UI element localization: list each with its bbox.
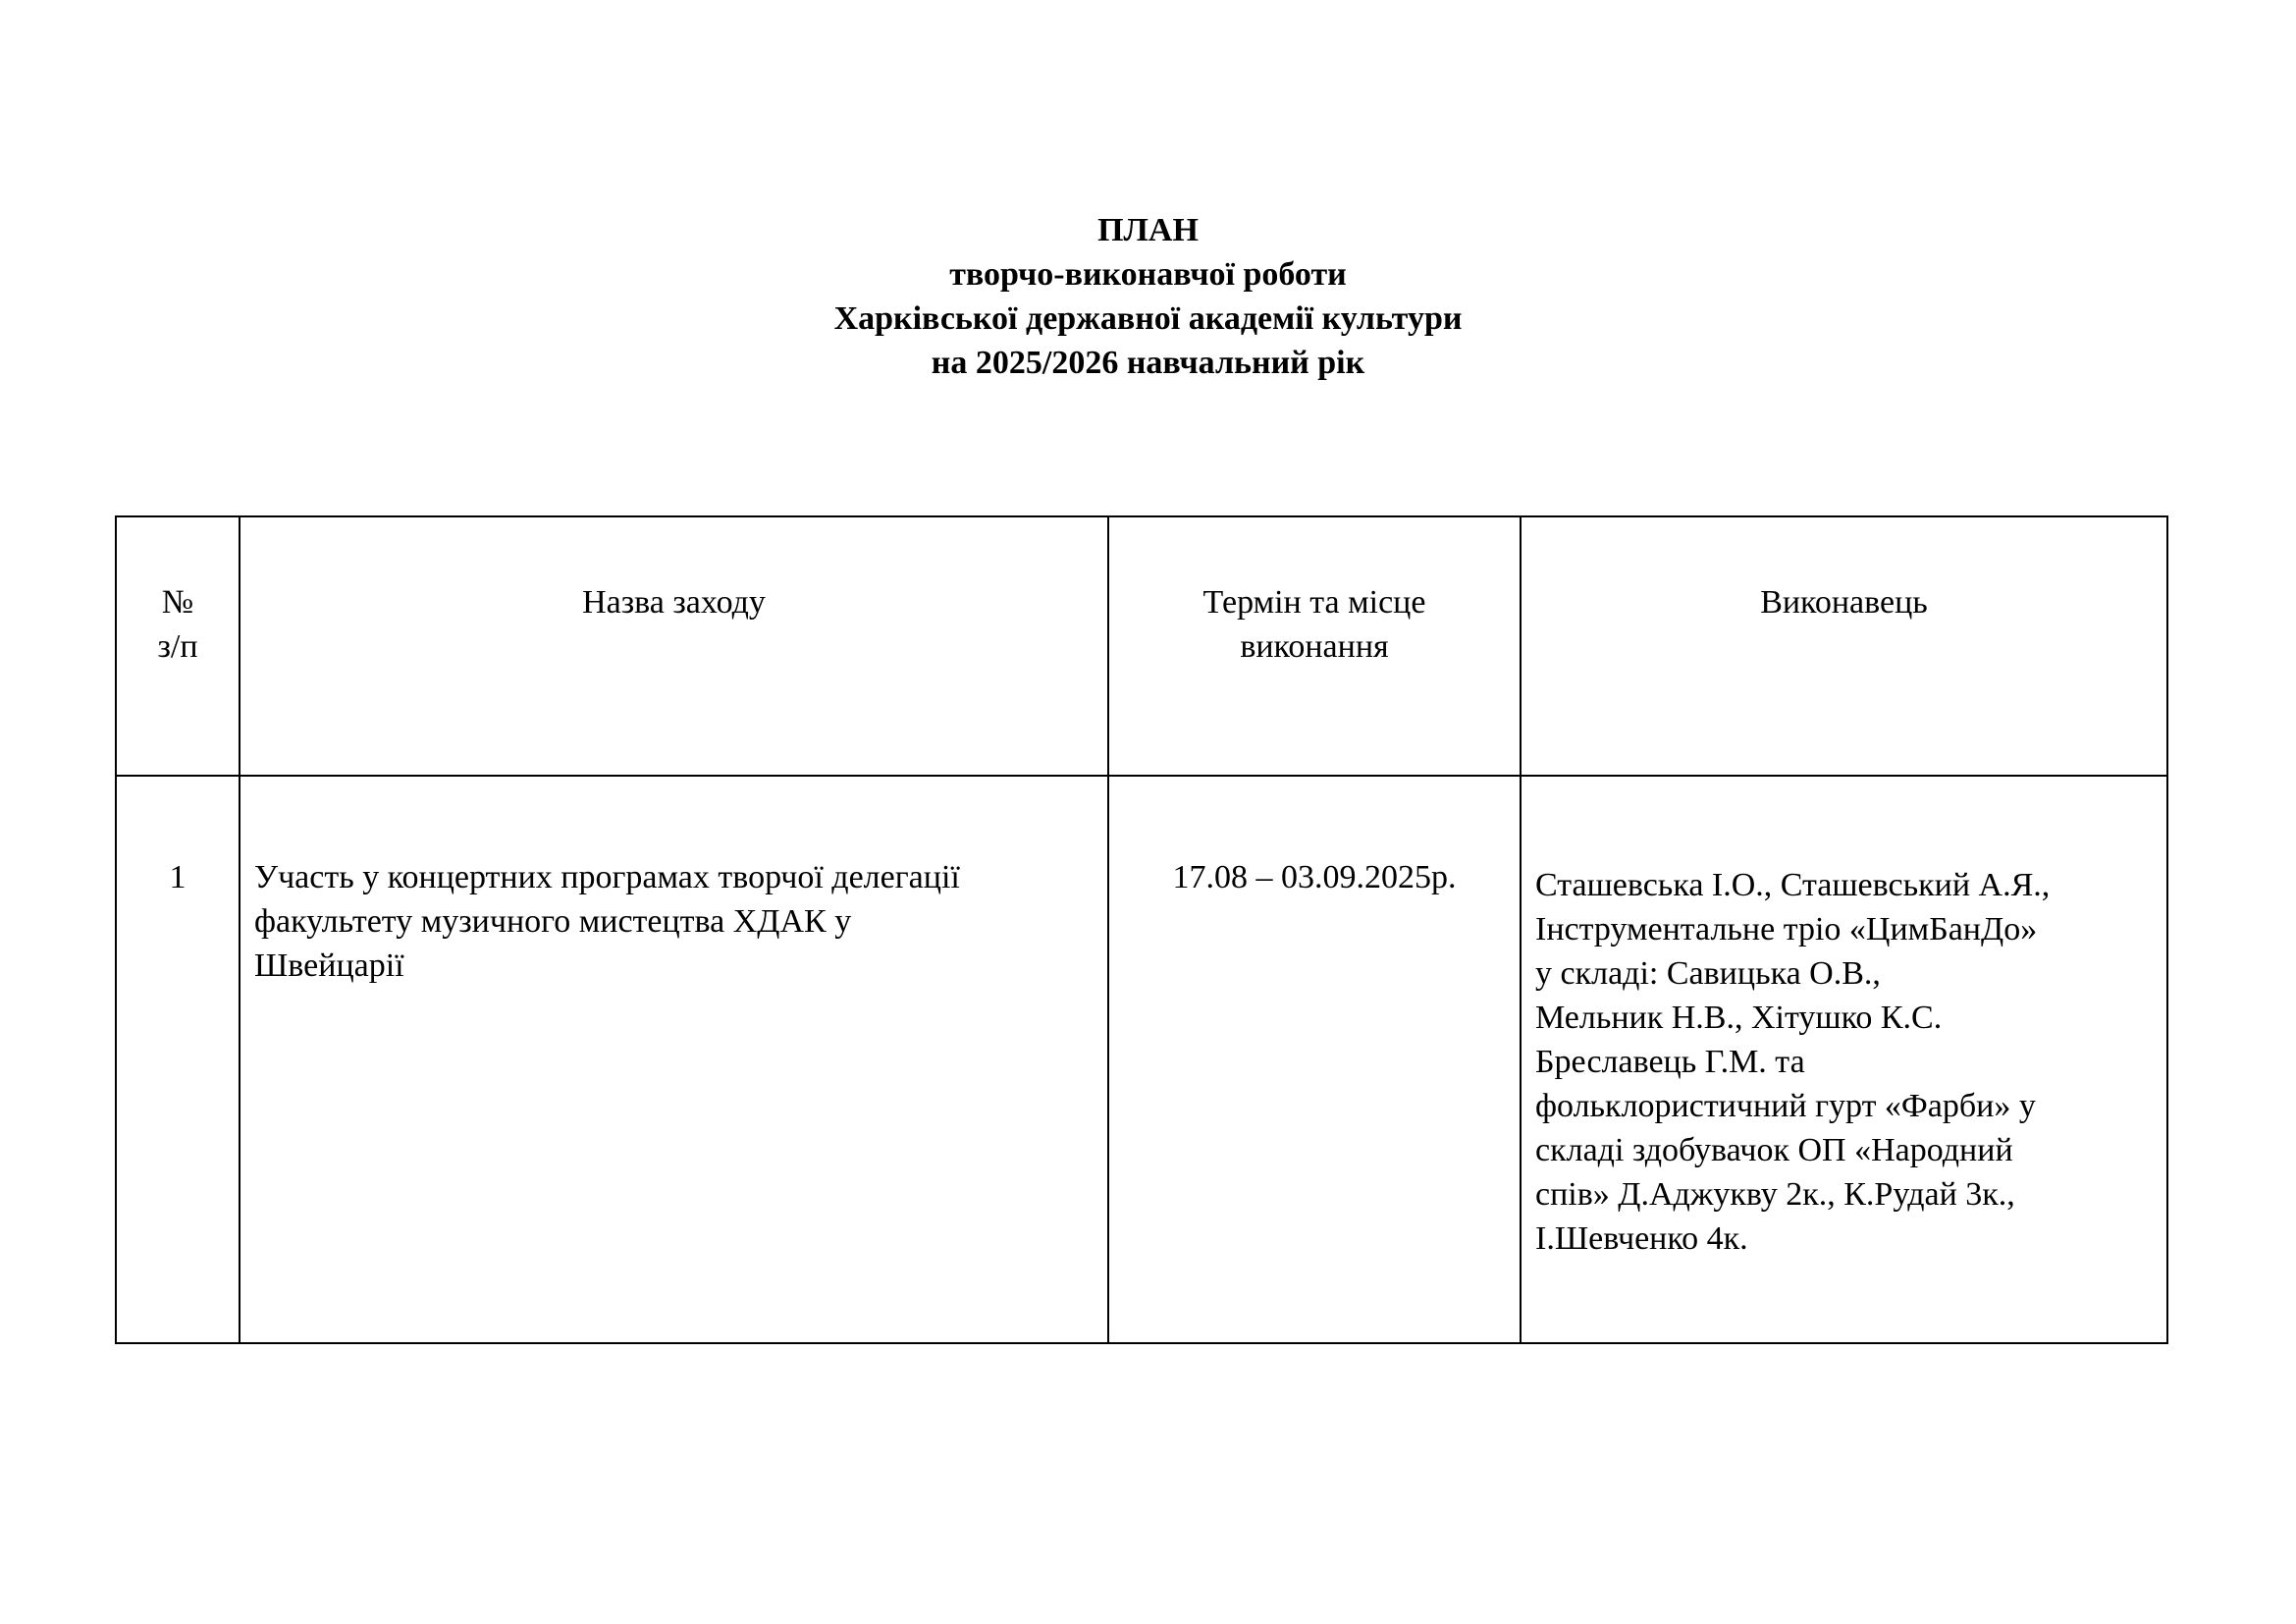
table-row: 1 Участь у концертних програмах творчої …: [116, 776, 2167, 1343]
title-line-subject: творчо-виконавчої роботи: [0, 252, 2296, 297]
cell-number: 1: [116, 776, 240, 1343]
header-number: № з/п: [116, 516, 240, 776]
title-line-plan: ПЛАН: [0, 208, 2296, 252]
header-date-place: Термін та місце виконання: [1108, 516, 1521, 776]
cell-event: Участь у концертних програмах творчої де…: [240, 776, 1108, 1343]
document-title: ПЛАН творчо-виконавчої роботи Харківсько…: [0, 208, 2296, 385]
title-line-institution: Харківської державної академії культури: [0, 297, 2296, 341]
header-event: Назва заходу: [240, 516, 1108, 776]
cell-date-place: 17.08 – 03.09.2025р.: [1108, 776, 1521, 1343]
cell-performer: Сташевська І.О., Сташевський А.Я., Інстр…: [1521, 776, 2167, 1343]
plan-table: № з/п Назва заходу Термін та місце викон…: [115, 515, 2168, 1344]
header-performer: Виконавець: [1521, 516, 2167, 776]
title-line-year: на 2025/2026 навчальний рік: [0, 341, 2296, 385]
table-header-row: № з/п Назва заходу Термін та місце викон…: [116, 516, 2167, 776]
